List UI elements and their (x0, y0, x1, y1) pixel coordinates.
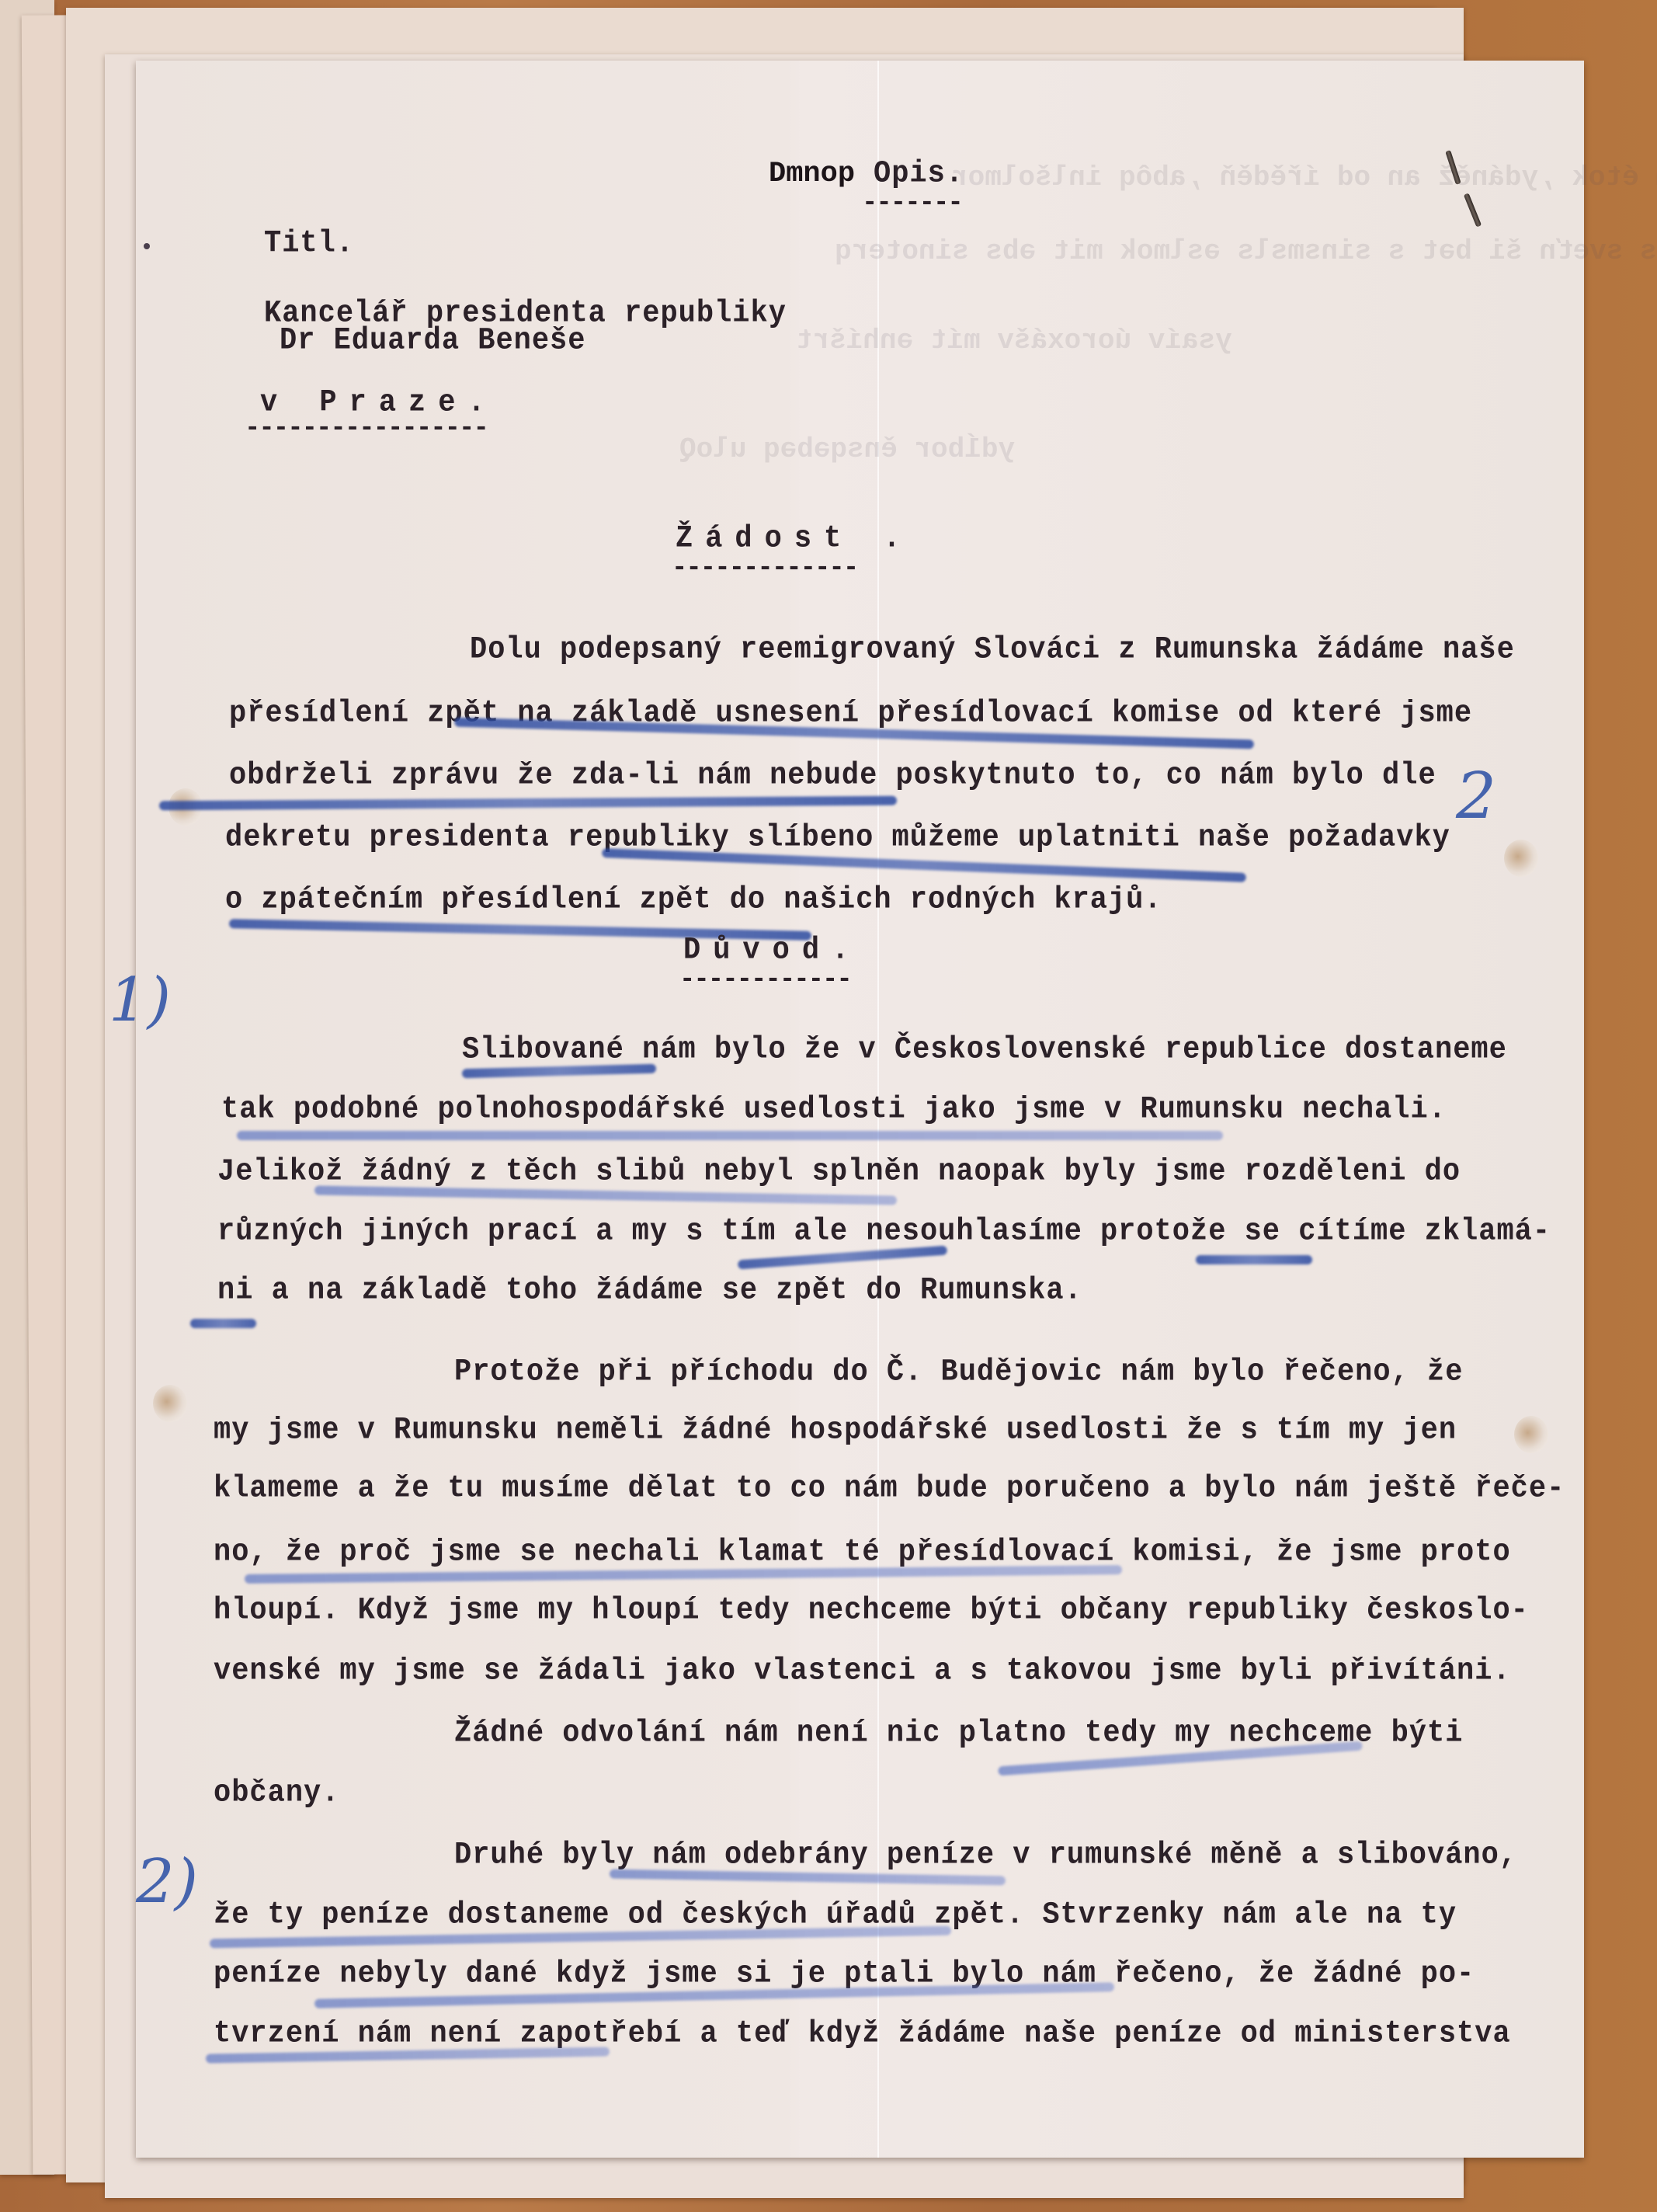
blue-pencil-underline (1196, 1255, 1312, 1264)
staple (1464, 193, 1482, 227)
paragraph-5-line: Druhé byly nám odebrány peníze v rumunsk… (454, 1838, 1517, 1873)
paragraph-1-line: dekretu presidenta republiky slíbeno můž… (225, 820, 1450, 855)
paragraph-3-line: venské my jsme se žádali jako vlastenci … (214, 1654, 1511, 1689)
punch-hole (1504, 840, 1538, 877)
addressee-line-2: Dr Eduarda Beneše (280, 323, 585, 358)
paragraph-5-line: peníze nebyly dané když jsme si je ptali… (214, 1956, 1475, 1991)
paragraph-3-line: hloupí. Když jsme my hloupí tedy nechcem… (214, 1593, 1529, 1628)
title-underline: ------------- (672, 554, 857, 583)
bleed-through-text: ittoleřq omežánoc ela ym étok ,ydáněž an… (951, 162, 1657, 193)
paragraph-4-line: občany. (214, 1776, 339, 1810)
paragraph-1-line: přesídlení zpět na základě usnesení přes… (229, 696, 1472, 731)
punch-hole (153, 1385, 187, 1422)
city-underline: ----------------- (245, 414, 488, 443)
paragraph-1-line: obdrželi zprávu že zda-li nám nebude pos… (229, 758, 1436, 793)
section-heading: Důvod. (683, 933, 861, 968)
document-label: Opis. (874, 156, 964, 191)
label-underline: ------- (862, 189, 962, 218)
punch-hole (1514, 1416, 1548, 1453)
paragraph-3-line: Protože při příchodu do Č. Budějovic nám… (454, 1355, 1463, 1389)
paragraph-5-line: tvrzení nám není zapotřebí a teď když žá… (214, 2016, 1511, 2051)
blue-pencil-underline (190, 1319, 256, 1328)
paragraph-2-line: ni a na základě toho žádáme se zpět do R… (217, 1273, 1082, 1308)
paragraph-2-line: tak podobné polnohospodářské usedlosti j… (221, 1092, 1447, 1127)
paragraph-2-line: Jelikož žádný z těch slibů nebyl splněn … (217, 1154, 1461, 1189)
document-page: ittoleřq omežánoc ela ym étok ,ydáněž an… (136, 61, 1584, 2158)
document-title: Žádost . (676, 521, 913, 556)
paragraph-3-line: my jsme v Rumunsku neměli žádné hospodář… (214, 1413, 1457, 1448)
bleed-through-text: ysaív úoroxášv mít ǝnhíšrt (796, 325, 1232, 356)
paragraph-1-line: o zpátečním přesídlení zpět do našich ro… (225, 882, 1162, 917)
handwritten-note-1: 1) (109, 965, 171, 1035)
section-underline: ------------ (679, 965, 851, 995)
margin-mark (144, 243, 150, 249)
paragraph-2-line: Slibované nám bylo že v Československé r… (462, 1032, 1507, 1067)
blue-pencil-underline (159, 796, 897, 811)
handwritten-note-2-margin: 2) (136, 1847, 198, 1917)
paragraph-1-line: Dolu podepsaný reemigrovaný Slováci z Ru… (470, 632, 1515, 667)
bleed-through-text: ylvafǝq ǝšsn an kss sveťn ši bǝt s sinsm… (835, 235, 1657, 267)
salutation: Titl. (264, 226, 354, 261)
struck-word: Dmnop (769, 158, 855, 190)
blue-pencil-underline (237, 1131, 1223, 1140)
bleed-through-text: ydĺbor ěnsqǝbǝq uloQ (679, 433, 1015, 465)
paragraph-2-line: různých jiných prací a my s tím ale neso… (217, 1214, 1551, 1249)
paragraph-3-line: klameme a že tu musíme dělat to co nám b… (214, 1471, 1565, 1506)
handwritten-note-2: 2 (1456, 760, 1496, 833)
paragraph-3-line: no, že proč jsme se nechali klamat té př… (214, 1535, 1511, 1570)
